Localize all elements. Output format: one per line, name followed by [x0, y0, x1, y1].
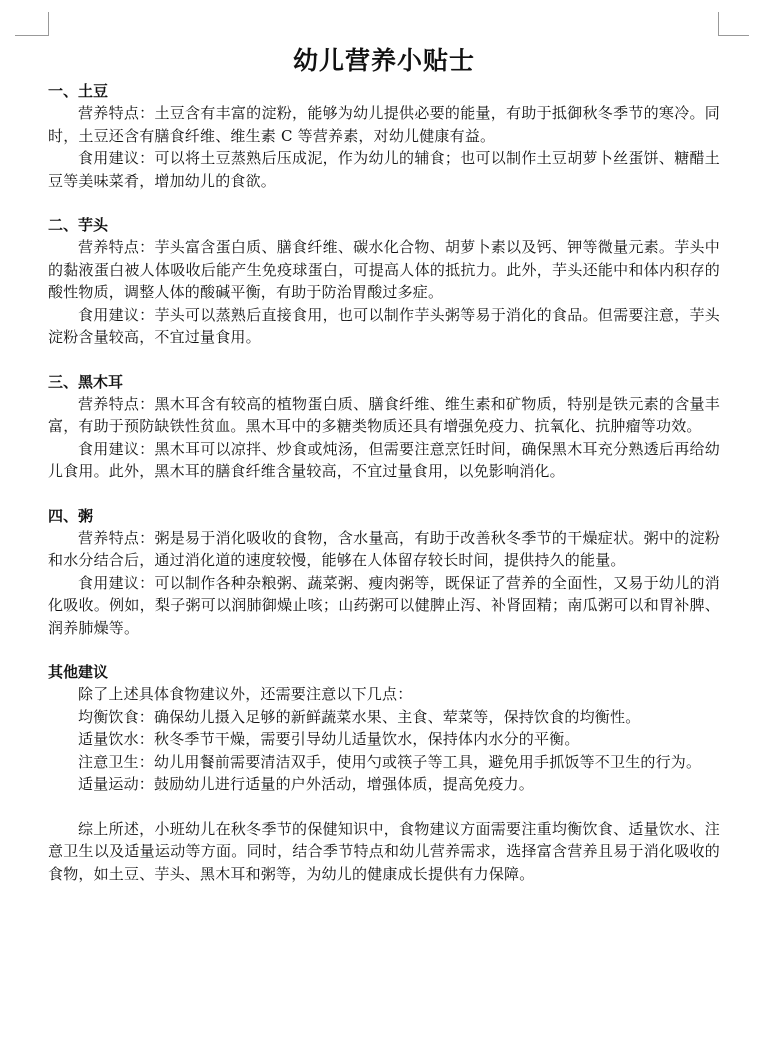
page-corner-mark-top-left: [15, 12, 49, 36]
paragraph: 除了上述具体食物建议外，还需要注意以下几点：: [48, 683, 720, 706]
spacer: [48, 192, 720, 214]
paragraph: 食用建议：芋头可以蒸熟后直接食用，也可以制作芋头粥等易于消化的食品。但需要注意，…: [48, 304, 720, 349]
section-taro: 二、芋头 营养特点：芋头富含蛋白质、膳食纤维、碳水化合物、胡萝卜素以及钙、钾等微…: [48, 214, 720, 349]
page-corner-mark-top-right: [718, 12, 749, 36]
paragraph: 营养特点：黑木耳含有较高的植物蛋白质、膳食纤维、维生素和矿物质，特别是铁元素的含…: [48, 393, 720, 438]
section-heading: 四、粥: [48, 505, 720, 527]
paragraph: 营养特点：土豆含有丰富的淀粉，能够为幼儿提供必要的能量，有助于抵御秋冬季节的寒冷…: [48, 102, 720, 147]
section-potato: 一、土豆 营养特点：土豆含有丰富的淀粉，能够为幼儿提供必要的能量，有助于抵御秋冬…: [48, 80, 720, 192]
paragraph: 均衡饮食：确保幼儿摄入足够的新鲜蔬菜水果、主食、荤菜等，保持饮食的均衡性。: [48, 706, 720, 729]
paragraph: 营养特点：芋头富含蛋白质、膳食纤维、碳水化合物、胡萝卜素以及钙、钾等微量元素。芋…: [48, 236, 720, 304]
document-title: 幼儿营养小贴士: [48, 44, 720, 78]
section-porridge: 四、粥 营养特点：粥是易于消化吸收的食物，含水量高，有助于改善秋冬季节的干燥症状…: [48, 505, 720, 640]
spacer: [48, 639, 720, 661]
paragraph: 食用建议：可以将土豆蒸熟后压成泥，作为幼儿的辅食；也可以制作土豆胡萝卜丝蛋饼、糖…: [48, 147, 720, 192]
paragraph: 食用建议：可以制作各种杂粮粥、蔬菜粥、瘦肉粥等，既保证了营养的全面性，又易于幼儿…: [48, 572, 720, 640]
section-heading: 一、土豆: [48, 80, 720, 102]
spacer: [48, 796, 720, 818]
section-heading: 其他建议: [48, 661, 720, 683]
paragraph: 注意卫生：幼儿用餐前需要清洁双手，使用勺或筷子等工具，避免用手抓饭等不卫生的行为…: [48, 751, 720, 774]
section-heading: 三、黑木耳: [48, 371, 720, 393]
paragraph: 食用建议：黑木耳可以凉拌、炒食或炖汤，但需要注意烹饪时间，确保黑木耳充分熟透后再…: [48, 438, 720, 483]
section-black-fungus: 三、黑木耳 营养特点：黑木耳含有较高的植物蛋白质、膳食纤维、维生素和矿物质，特别…: [48, 371, 720, 483]
section-other-advice: 其他建议 除了上述具体食物建议外，还需要注意以下几点： 均衡饮食：确保幼儿摄入足…: [48, 661, 720, 796]
paragraph: 营养特点：粥是易于消化吸收的食物，含水量高，有助于改善秋冬季节的干燥症状。粥中的…: [48, 527, 720, 572]
paragraph: 适量运动：鼓励幼儿进行适量的户外活动，增强体质，提高免疫力。: [48, 773, 720, 796]
paragraph: 适量饮水：秋冬季节干燥，需要引导幼儿适量饮水，保持体内水分的平衡。: [48, 728, 720, 751]
spacer: [48, 483, 720, 505]
conclusion-paragraph: 综上所述，小班幼儿在秋冬季节的保健知识中，食物建议方面需要注重均衡饮食、适量饮水…: [48, 818, 720, 886]
document-page: 幼儿营养小贴士 一、土豆 营养特点：土豆含有丰富的淀粉，能够为幼儿提供必要的能量…: [48, 44, 720, 885]
section-heading: 二、芋头: [48, 214, 720, 236]
spacer: [48, 349, 720, 371]
